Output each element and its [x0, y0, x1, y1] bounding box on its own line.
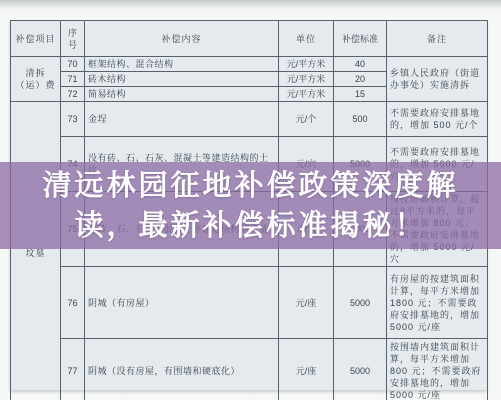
- cell-no: 70: [61, 57, 85, 72]
- cell-standard: 5000: [334, 339, 387, 400]
- cell-no: 72: [61, 87, 85, 102]
- cell-no: 73: [61, 102, 85, 137]
- headline-line-1: 清远林园征地补偿政策深度解: [42, 166, 458, 206]
- cell-remark: 乡镇人民政府（街道办事处）实施清拆: [387, 57, 488, 102]
- cell-standard: 20: [334, 72, 387, 87]
- cell-unit: 元/座: [279, 267, 334, 339]
- cell-unit: 元/个: [279, 102, 334, 137]
- cell-no: 71: [61, 72, 85, 87]
- cell-standard: 15: [334, 87, 387, 102]
- table-row: 清拆（运）费 70 框架结构、混合结构 元/平方米 40 乡镇人民政府（街道办事…: [11, 57, 488, 72]
- table-header-row: 补偿项目 序号 补偿内容 单位 补偿标准 备注: [11, 21, 488, 57]
- cell-content: 金埕: [85, 102, 279, 137]
- table-row: 76 阴城（有房屋） 元/座 5000 有房屋的按建筑面积计算，每平方米增加 1…: [11, 267, 488, 339]
- cell-unit: 元/平方米: [279, 57, 334, 72]
- cell-remark: 按围墙内建筑面积计算，每平方米增加 800 元；不需要政府安排墓地的，增加 50…: [387, 339, 488, 400]
- cell-no: 76: [61, 267, 85, 339]
- cell-unit: 元/座: [279, 339, 334, 400]
- header-no: 序号: [61, 21, 85, 57]
- header-standard: 补偿标准: [334, 21, 387, 57]
- cell-standard: 500: [334, 102, 387, 137]
- cell-remark: 不需要政府安排墓地的，增加 500 元/个: [387, 102, 488, 137]
- cell-standard: 5000: [334, 267, 387, 339]
- headline-line-2: 读，最新补偿标准揭秘！: [74, 206, 426, 246]
- cell-content: 简易结构: [85, 87, 279, 102]
- table-row: 77 阴城（没有房屋，有围墙和硬底化） 元/座 5000 按围墙内建筑面积计算，…: [11, 339, 488, 400]
- header-item: 补偿项目: [11, 21, 61, 57]
- cell-no: 77: [61, 339, 85, 400]
- header-remark: 备注: [387, 21, 488, 57]
- cell-content: 砖木结构: [85, 72, 279, 87]
- cell-unit: 元/平方米: [279, 72, 334, 87]
- group-label-demolition: 清拆（运）费: [11, 57, 61, 102]
- header-content: 补偿内容: [85, 21, 279, 57]
- header-unit: 单位: [279, 21, 334, 57]
- headline-overlay: 清远林园征地补偿政策深度解 读，最新补偿标准揭秘！: [0, 162, 501, 249]
- table-row: 坟墓 73 金埕 元/个 500 不需要政府安排墓地的，增加 500 元/个: [11, 102, 488, 137]
- group-label-graves: 坟墓: [11, 102, 61, 400]
- cell-unit: 元/平方米: [279, 87, 334, 102]
- cell-remark: 有房屋的按建筑面积计算，每平方米增加 1800 元；不需要政府安排墓地的，增加 …: [387, 267, 488, 339]
- cell-standard: 40: [334, 57, 387, 72]
- cell-content: 阴城（有房屋）: [85, 267, 279, 339]
- cell-content: 框架结构、混合结构: [85, 57, 279, 72]
- cell-content: 阴城（没有房屋，有围墙和硬底化）: [85, 339, 279, 400]
